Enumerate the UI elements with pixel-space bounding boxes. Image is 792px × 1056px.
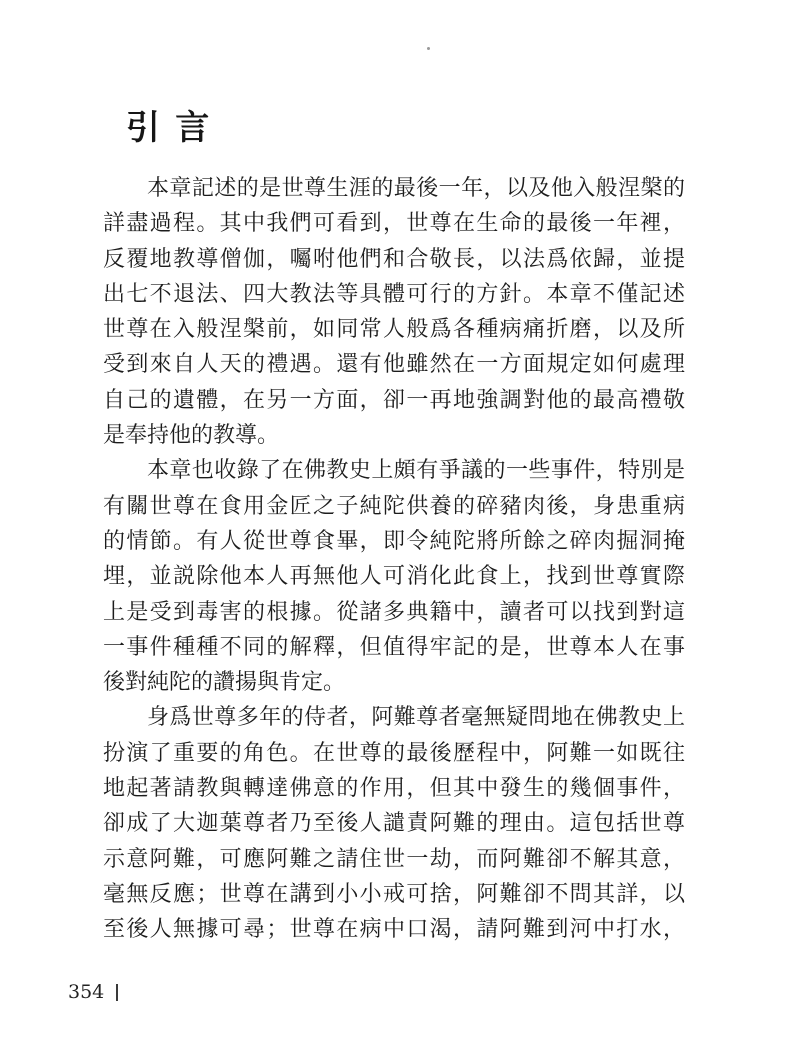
body-text: 本章記述的是世尊生涯的最後一年，以及他入般涅槃的 詳盡過程。其中我們可看到，世尊…: [103, 171, 685, 948]
text-line: 反覆地教導僧伽，囑咐他們和合敬長，以法爲依歸，並提: [103, 242, 685, 277]
text-line: 埋，並説除他本人再無他人可消化此食上，找到世尊實際: [103, 559, 685, 594]
page-number: 354: [68, 981, 104, 1003]
text-line: 身爲世尊多年的侍者，阿難尊者毫無疑問地在佛教史上: [103, 700, 685, 735]
page-footer: 354: [68, 981, 118, 1003]
text-line: 後對純陀的讚揚與肯定。: [103, 665, 685, 700]
text-line: 示意阿難，可應阿難之請住世一劫，而阿難卻不解其意，: [103, 842, 685, 877]
text-line: 詳盡過程。其中我們可看到，世尊在生命的最後一年裡，: [103, 206, 685, 241]
book-page: 引言 本章記述的是世尊生涯的最後一年，以及他入般涅槃的 詳盡過程。其中我們可看到…: [0, 0, 792, 1056]
text-line: 上是受到毒害的根據。從諸多典籍中，讀者可以找到對這: [103, 595, 685, 630]
text-line: 出七不退法、四大教法等具體可行的方針。本章不僅記述: [103, 277, 685, 312]
text-line: 扮演了重要的角色。在世尊的最後歷程中，阿難一如既往: [103, 736, 685, 771]
paragraph: 身爲世尊多年的侍者，阿難尊者毫無疑問地在佛教史上 扮演了重要的角色。在世尊的最後…: [103, 700, 685, 947]
text-line: 一事件種種不同的解釋，但值得牢記的是，世尊本人在事: [103, 630, 685, 665]
text-line: 本章記述的是世尊生涯的最後一年，以及他入般涅槃的: [103, 171, 685, 206]
text-line: 的情節。有人從世尊食畢，即令純陀將所餘之碎肉掘洞掩: [103, 524, 685, 559]
chapter-title: 引言: [126, 111, 225, 145]
text-line: 毫無反應；世尊在講到小小戒可捨，阿難卻不問其詳，以: [103, 877, 685, 912]
text-line: 卻成了大迦葉尊者乃至後人譴責阿難的理由。這包括世尊: [103, 806, 685, 841]
paragraph: 本章也收錄了在佛教史上頗有爭議的一些事件，特別是 有關世尊在食用金匠之子純陀供養…: [103, 453, 685, 700]
text-line: 地起著請教與轉達佛意的作用，但其中發生的幾個事件，: [103, 771, 685, 806]
text-line: 本章也收錄了在佛教史上頗有爭議的一些事件，特別是: [103, 453, 685, 488]
paragraph: 本章記述的是世尊生涯的最後一年，以及他入般涅槃的 詳盡過程。其中我們可看到，世尊…: [103, 171, 685, 453]
text-line: 自己的遺體，在另一方面，卻一再地強調對他的最高禮敬: [103, 383, 685, 418]
text-line: 有關世尊在食用金匠之子純陀供養的碎豬肉後，身患重病: [103, 489, 685, 524]
footer-divider: [116, 984, 118, 1001]
text-line: 受到來自人天的禮遇。還有他雖然在一方面規定如何處理: [103, 347, 685, 382]
text-line: 是奉持他的教導。: [103, 418, 685, 453]
text-line: 至後人無據可尋；世尊在病中口渴，請阿難到河中打水，: [103, 912, 685, 947]
scan-speck: [427, 47, 430, 50]
text-line: 世尊在入般涅槃前，如同常人般爲各種病痛折磨，以及所: [103, 312, 685, 347]
